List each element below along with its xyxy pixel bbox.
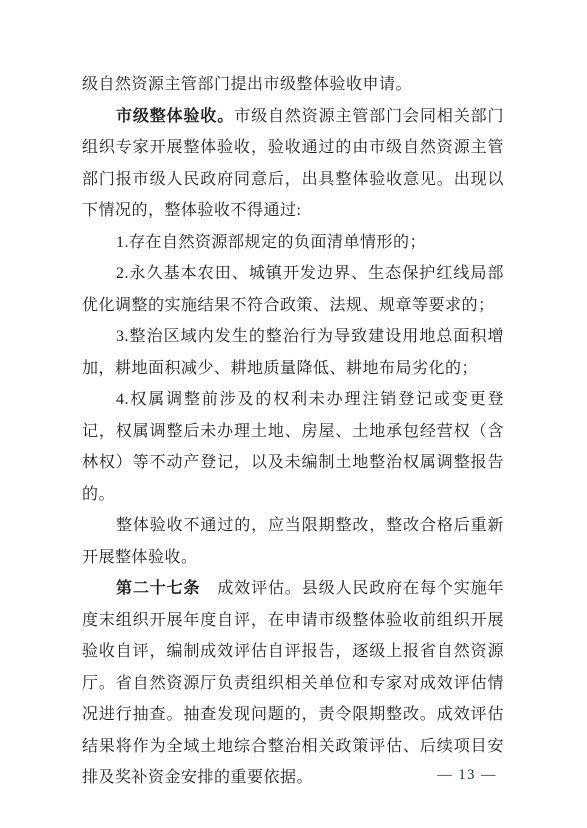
text-run: 级自然资源主管部门提出市级整体验收申请。: [82, 76, 412, 93]
text-run: 2.永久基本农田、城镇开发边界、生态保护红线局部优化调整的实施结果不符合政策、法…: [82, 265, 504, 314]
paragraph: 市级整体验收。市级自然资源主管部门会同相关部门组织专家开展整体验收，验收通过的由…: [82, 101, 504, 227]
bold-text-run: 市级整体验收。: [116, 108, 234, 125]
paragraph: 2.永久基本农田、城镇开发边界、生态保护红线局部优化调整的实施结果不符合政策、法…: [82, 258, 504, 321]
text-run: 整体验收不通过的，应当限期整改，整改合格后重新开展整体验收。: [82, 517, 504, 566]
text-run: 4.权属调整前涉及的权利未办理注销登记或变更登记，权属调整后未办理土地、房屋、土…: [82, 391, 504, 503]
text-run: 3.整治区域内发生的整治行为导致建设用地总面积增加，耕地面积减少、耕地质量降低、…: [82, 328, 504, 377]
page-number: — 13 —: [437, 767, 497, 784]
paragraph: 3.整治区域内发生的整治行为导致建设用地总面积增加，耕地面积减少、耕地质量降低、…: [82, 321, 504, 384]
paragraph: 1.存在自然资源部规定的负面清单情形的；: [82, 227, 504, 259]
bold-text-run: 第二十七条: [116, 580, 200, 597]
paragraph: 级自然资源主管部门提出市级整体验收申请。: [82, 69, 504, 101]
text-run: 成效评估。县级人民政府在每个实施年度末组织开展年度自评，在申请市级整体验收前组织…: [82, 580, 504, 786]
body-text: 级自然资源主管部门提出市级整体验收申请。市级整体验收。市级自然资源主管部门会同相…: [82, 69, 504, 794]
document-page: 级自然资源主管部门提出市级整体验收申请。市级整体验收。市级自然资源主管部门会同相…: [0, 0, 587, 828]
text-run: 1.存在自然资源部规定的负面清单情形的；: [116, 234, 426, 251]
paragraph: 整体验收不通过的，应当限期整改，整改合格后重新开展整体验收。: [82, 510, 504, 573]
paragraph: 4.权属调整前涉及的权利未办理注销登记或变更登记，权属调整后未办理土地、房屋、土…: [82, 384, 504, 510]
paragraph: 第二十七条 成效评估。县级人民政府在每个实施年度末组织开展年度自评，在申请市级整…: [82, 573, 504, 794]
